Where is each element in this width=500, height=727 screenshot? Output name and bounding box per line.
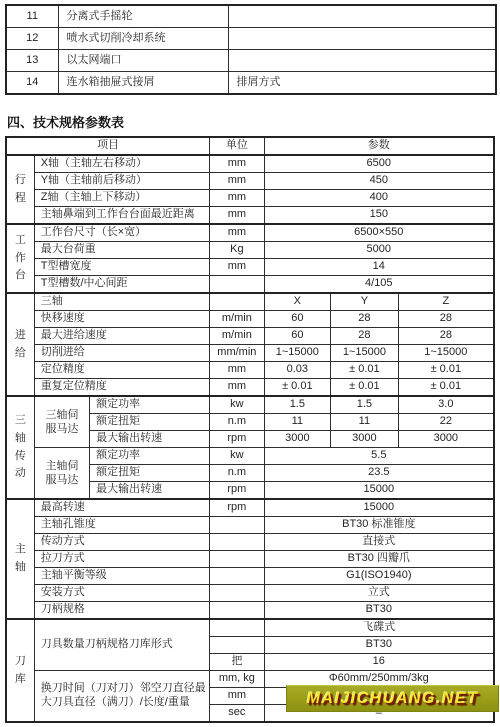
table-row: 11 分离式手摇轮 [6, 5, 496, 28]
spec-value-x: 11 [264, 414, 331, 431]
spec-unit [210, 602, 264, 620]
spec-unit: n.m [210, 414, 264, 431]
watermark-maijichuang: MAIJICHUANG.NET [286, 685, 499, 712]
spec-value-y: 28 [331, 328, 399, 345]
spec-unit [210, 619, 264, 637]
spec-item: 刀具数量刀柄规格刀库形式 [34, 619, 209, 671]
spec-unit: mm [210, 173, 264, 190]
spec-item: 主轴平衡等级 [34, 568, 209, 585]
spec-value: 6500×550 [264, 224, 494, 242]
spec-item: 额定扭矩 [90, 414, 210, 431]
spec-value: 直接式 [264, 534, 494, 551]
header-item: 项目 [6, 137, 210, 155]
spec-row: T型槽宽度 mm 14 [6, 259, 494, 276]
accessory-note [228, 50, 496, 72]
spec-value: G1(ISO1940) [264, 568, 494, 585]
spec-unit [210, 568, 264, 585]
accessory-item: 分离式手摇轮 [58, 5, 228, 28]
spec-value-y: 1~15000 [331, 345, 399, 362]
table-row: 12 喷水式切削冷却系统 [6, 28, 496, 50]
spec-item: 最大输出转速 [90, 431, 210, 448]
spec-row: 进给 三轴 X Y Z [6, 293, 494, 311]
spec-value-x: 3000 [264, 431, 331, 448]
spec-value-x: ± 0.01 [264, 379, 331, 397]
table-row: 14 连水箱抽屉式接屑 排屑方式 [6, 72, 496, 95]
spec-unit: mm [210, 379, 264, 397]
spec-item: 刀柄规格 [34, 602, 209, 620]
spec-value-x: 1~15000 [264, 345, 331, 362]
spec-unit [210, 517, 264, 534]
spec-unit: n.m [210, 465, 264, 482]
spec-unit [210, 551, 264, 568]
spec-row: Z轴（主轴上下移动） mm 400 [6, 190, 494, 207]
spec-unit: kw [210, 448, 264, 465]
spec-value: 飞碟式 [264, 619, 494, 637]
spec-row: 主轴孔锥度 BT30 标准锥度 [6, 517, 494, 534]
spec-row: 安装方式 立式 [6, 585, 494, 602]
row-number: 11 [6, 5, 58, 28]
header-param: 参数 [264, 137, 494, 155]
spec-header-row: 项目 单位 参数 [6, 137, 494, 155]
spec-value: BT30 [264, 637, 494, 654]
spec-value-y: 1.5 [331, 396, 399, 414]
spec-unit: sec [210, 705, 264, 723]
section-label-feed: 进给 [6, 293, 34, 396]
spec-value: 4/105 [264, 276, 494, 294]
axis-z-header: Z [398, 293, 494, 311]
spec-row: 定位精度 mm 0.03 ± 0.01 ± 0.01 [6, 362, 494, 379]
row-number: 14 [6, 72, 58, 95]
spec-unit: mm [210, 688, 264, 705]
spec-row: 传动方式 直接式 [6, 534, 494, 551]
accessory-item: 喷水式切削冷却系统 [58, 28, 228, 50]
spec-item: 拉刀方式 [34, 551, 209, 568]
spec-unit: mm [210, 207, 264, 225]
spec-value-z: 3000 [398, 431, 494, 448]
axis-y-header: Y [331, 293, 399, 311]
spec-value: 6500 [264, 155, 494, 173]
spec-item: 安装方式 [34, 585, 209, 602]
spec-item: T型槽宽度 [34, 259, 209, 276]
spec-row: Y轴（主轴前后移动） mm 450 [6, 173, 494, 190]
spec-item: Y轴（主轴前后移动） [34, 173, 209, 190]
spec-unit: mm [210, 259, 264, 276]
accessory-item: 以太网端口 [58, 50, 228, 72]
spec-item: X轴（主轴左右移动） [34, 155, 209, 173]
spec-value-z: ± 0.01 [398, 362, 494, 379]
spec-row: 主轴 最高转速 rpm 15000 [6, 499, 494, 517]
spec-value-x: 60 [264, 328, 331, 345]
spec-item: 最大台荷重 [34, 242, 209, 259]
spec-row: 行程 X轴（主轴左右移动） mm 6500 [6, 155, 494, 173]
spec-unit [210, 534, 264, 551]
spec-value: 5000 [264, 242, 494, 259]
spec-item: 三轴 [34, 293, 209, 311]
spec-item: Z轴（主轴上下移动） [34, 190, 209, 207]
accessory-note: 排屑方式 [228, 72, 496, 95]
spec-value: 5.5 [264, 448, 494, 465]
document-page: { "top": { "rows": [ {"num": "11", "item… [0, 0, 500, 727]
spec-item: 主轴鼻端到工作台台面最近距离 [34, 207, 209, 225]
subgroup-axis-servo: 三轴伺服马达 [34, 396, 89, 448]
spec-unit: mm [210, 155, 264, 173]
spec-item: 工作台尺寸（长×宽） [34, 224, 209, 242]
spec-unit: mm, kg [210, 671, 264, 688]
row-number: 13 [6, 50, 58, 72]
spec-unit [210, 276, 264, 294]
spec-value-x: 60 [264, 311, 331, 328]
spec-item: 主轴孔锥度 [34, 517, 209, 534]
accessory-note [228, 28, 496, 50]
spec-value-x: 1.5 [264, 396, 331, 414]
spec-item: 传动方式 [34, 534, 209, 551]
spec-value-y: ± 0.01 [331, 362, 399, 379]
spec-value-z: 28 [398, 311, 494, 328]
spec-row: 重复定位精度 mm ± 0.01 ± 0.01 ± 0.01 [6, 379, 494, 397]
spec-item: 定位精度 [34, 362, 209, 379]
spec-row: 主轴鼻端到工作台台面最近距离 mm 150 [6, 207, 494, 225]
spec-unit: Kg [210, 242, 264, 259]
spec-value-x: 0.03 [264, 362, 331, 379]
spec-unit: m/min [210, 311, 264, 328]
accessory-note [228, 5, 496, 28]
spec-value: 立式 [264, 585, 494, 602]
spec-row: 工作台 工作台尺寸（长×宽） mm 6500×550 [6, 224, 494, 242]
section-label-magazine: 刀库 [6, 619, 34, 722]
spec-value-y: ± 0.01 [331, 379, 399, 397]
section-label-spindle: 主轴 [6, 499, 34, 619]
spec-value-y: 11 [331, 414, 399, 431]
spec-value: 450 [264, 173, 494, 190]
spec-unit [210, 293, 264, 311]
accessory-item: 连水箱抽屉式接屑 [58, 72, 228, 95]
spec-value-y: 3000 [331, 431, 399, 448]
spec-unit: m/min [210, 328, 264, 345]
spec-value: 150 [264, 207, 494, 225]
spec-row: 切削进给 mm/min 1~15000 1~15000 1~15000 [6, 345, 494, 362]
section-heading: 四、技术规格参数表 [7, 112, 124, 131]
spec-item: 额定功率 [90, 396, 210, 414]
spec-item: 额定扭矩 [90, 465, 210, 482]
spec-unit: mm [210, 190, 264, 207]
spec-row: 主轴伺服马达 额定功率 kw 5.5 [6, 448, 494, 465]
spec-item: 最大输出转速 [90, 482, 210, 500]
spec-row: 刀库 刀具数量刀柄规格刀库形式 飞碟式 [6, 619, 494, 637]
spec-value: BT30 四瓣爪 [264, 551, 494, 568]
axis-x-header: X [264, 293, 331, 311]
spec-row: 快移速度 m/min 60 28 28 [6, 311, 494, 328]
spec-item: T型槽数/中心间距 [34, 276, 209, 294]
spec-unit [210, 585, 264, 602]
spec-row: 拉刀方式 BT30 四瓣爪 [6, 551, 494, 568]
spec-row: 最大进给速度 m/min 60 28 28 [6, 328, 494, 345]
section-label-travel: 行程 [6, 155, 34, 224]
subgroup-spindle-servo: 主轴伺服马达 [34, 448, 89, 500]
spec-row: 刀柄规格 BT30 [6, 602, 494, 620]
spec-unit: mm [210, 362, 264, 379]
spec-value: 400 [264, 190, 494, 207]
spec-item: 切削进给 [34, 345, 209, 362]
spec-value-z: ± 0.01 [398, 379, 494, 397]
spec-value: BT30 标准锥度 [264, 517, 494, 534]
spec-item: 最高转速 [34, 499, 209, 517]
row-number: 12 [6, 28, 58, 50]
spec-value-z: 1~15000 [398, 345, 494, 362]
spec-item: 额定功率 [90, 448, 210, 465]
spec-unit: 把 [210, 654, 264, 671]
spec-unit: kw [210, 396, 264, 414]
header-unit: 单位 [210, 137, 264, 155]
spec-row: 三轴传动 三轴伺服马达 额定功率 kw 1.5 1.5 3.0 [6, 396, 494, 414]
spec-row: T型槽数/中心间距 4/105 [6, 276, 494, 294]
spec-value-z: 22 [398, 414, 494, 431]
spec-row: 主轴平衡等级 G1(ISO1940) [6, 568, 494, 585]
spec-item: 快移速度 [34, 311, 209, 328]
spec-value-y: 28 [331, 311, 399, 328]
spec-value: 14 [264, 259, 494, 276]
spec-value: BT30 [264, 602, 494, 620]
section-label-worktable: 工作台 [6, 224, 34, 293]
spec-value-z: 3.0 [398, 396, 494, 414]
spec-item: 换刀时间（刀对刀）邻空刀直径最大刀具直径（满刀）/长度/重量 [34, 671, 209, 723]
spec-item: 最大进给速度 [34, 328, 209, 345]
spec-value-z: 28 [398, 328, 494, 345]
spec-unit: mm/min [210, 345, 264, 362]
spec-unit: rpm [210, 482, 264, 500]
spec-unit: mm [210, 224, 264, 242]
spec-unit: rpm [210, 499, 264, 517]
spec-row: 最大台荷重 Kg 5000 [6, 242, 494, 259]
spec-value: 15000 [264, 482, 494, 500]
spec-item: 重复定位精度 [34, 379, 209, 397]
spec-unit: rpm [210, 431, 264, 448]
spec-table: 项目 单位 参数 行程 X轴（主轴左右移动） mm 6500 Y轴（主轴前后移动… [5, 136, 495, 723]
accessories-table: 11 分离式手摇轮 12 喷水式切削冷却系统 13 以太网端口 14 连水箱抽屉… [5, 4, 497, 95]
spec-value: 15000 [264, 499, 494, 517]
spec-value: 23.5 [264, 465, 494, 482]
spec-value: 16 [264, 654, 494, 671]
section-label-drive: 三轴传动 [6, 396, 34, 499]
spec-unit [210, 637, 264, 654]
table-row: 13 以太网端口 [6, 50, 496, 72]
